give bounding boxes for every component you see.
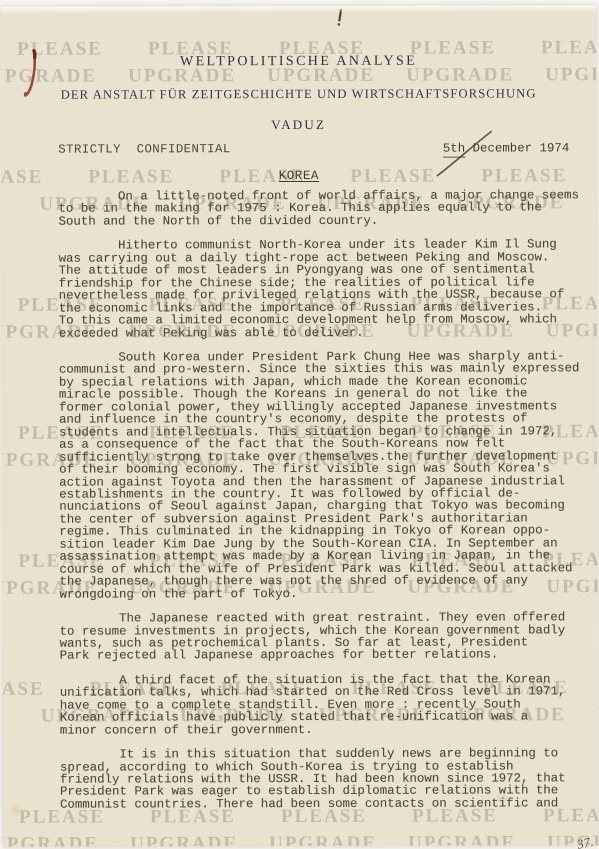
paragraph: On a little-noted front of world affairs… bbox=[58, 189, 588, 228]
document-page: PLEASEUPGRADEPLEASEUPGRADEPLEASEUPGRADEP… bbox=[1, 5, 598, 847]
date-line: 5th December 1974 bbox=[443, 141, 569, 155]
classification-label: STRICTLY CONFIDENTIAL bbox=[58, 142, 230, 156]
paragraph: A third facet of the situation is the fa… bbox=[60, 673, 590, 737]
body-text: On a little-noted front of world affairs… bbox=[58, 189, 590, 823]
paragraph: It is in this situation that suddenly ne… bbox=[60, 747, 590, 811]
document-content: WELTPOLITISCHE ANALYSE DER ANSTALT FÜR Z… bbox=[1, 5, 598, 847]
document-title: KOREA bbox=[1, 168, 596, 184]
paragraph: The Japanese reacted with great restrain… bbox=[59, 611, 589, 662]
letterhead-title: WELTPOLITISCHE ANALYSE bbox=[1, 53, 596, 71]
letterhead-subtitle: DER ANSTALT FÜR ZEITGESCHICHTE UND WIRTS… bbox=[1, 86, 596, 103]
paragraph: Hitherto communist North-Korea under its… bbox=[59, 239, 589, 340]
scanned-document: PLEASEUPGRADEPLEASEUPGRADEPLEASEUPGRADEP… bbox=[0, 0, 599, 849]
page-number: 37. bbox=[576, 834, 595, 849]
letterhead-city: VADUZ bbox=[1, 116, 596, 134]
paragraph: South Korea under President Park Chung H… bbox=[59, 350, 590, 600]
meta-row: STRICTLY CONFIDENTIAL 5th December 1974 bbox=[58, 141, 569, 156]
